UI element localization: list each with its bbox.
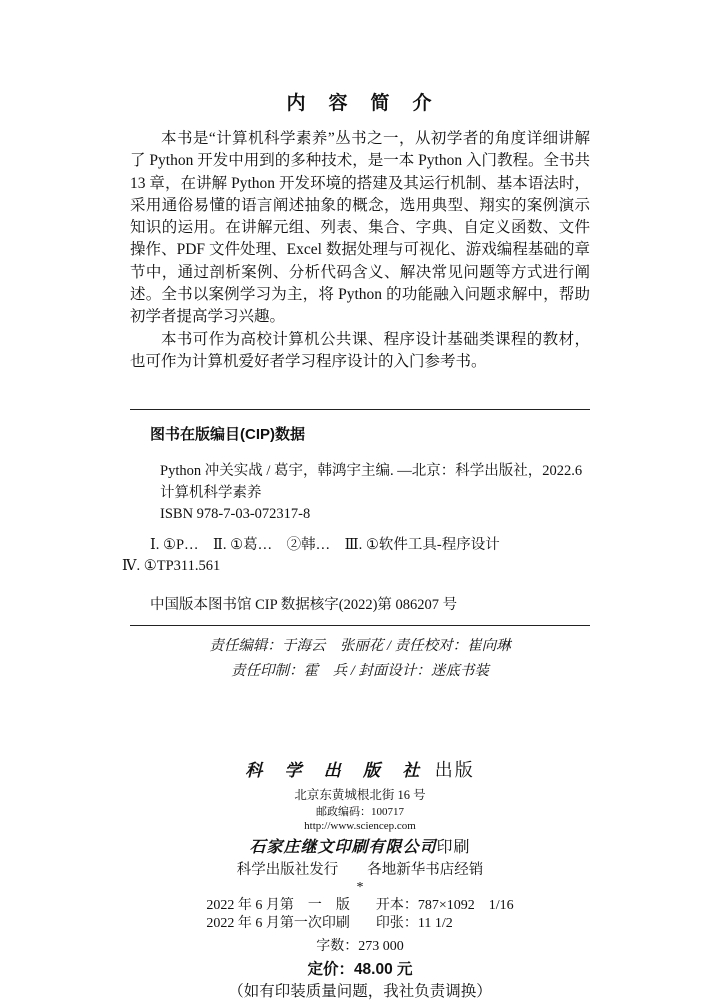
separator-asterisk: * — [130, 881, 590, 894]
cip-title-line: Python 冲关实战 / 葛宇，韩鸿宇主编. —北京：科学出版社，2022.6 — [160, 461, 590, 483]
publisher-logo-text: 科 学 出 版 社 — [245, 761, 428, 780]
colophon: 科 学 出 版 社 出版 北京东黄城根北街 16 号 邮政编码：100717 h… — [130, 758, 590, 1000]
staff-line-printing-design: 责任印制：霍 兵 / 封面设计：迷底书装 — [130, 659, 590, 684]
publisher-line: 科 学 出 版 社 出版 — [130, 758, 590, 784]
edition-info: 2022 年 6 月第 一 版 开本：787×1092 1/16 2022 年 … — [206, 897, 513, 934]
printer-line: 石家庄继文印刷有限公司印刷 — [130, 837, 590, 859]
staff-credits: 责任编辑：于海云 张丽花 / 责任校对：崔向琳 责任印制：霍 兵 / 封面设计：… — [130, 634, 590, 684]
edition-row1-right: 开本：787×1092 1/16 — [376, 897, 514, 916]
cip-heading: 图书在版编目(CIP)数据 — [130, 423, 590, 444]
book-copyright-page: 内 容 简 介 本书是“计算机科学素养”丛书之一，从初学者的角度详细讲解了 Py… — [0, 0, 720, 1000]
cip-record-line: 中国版本图书馆 CIP 数据核字(2022)第 086207 号 — [130, 593, 590, 614]
content-intro-title: 内 容 简 介 — [130, 88, 590, 115]
distribution-line: 科学出版社发行 各地新华书店经销 — [130, 860, 590, 881]
postcode-line: 邮政编码：100717 — [130, 805, 590, 820]
cip-class-line-2: Ⅳ. ①TP311.561 — [122, 556, 590, 578]
publisher-address: 北京东黄城根北街 16 号 — [130, 786, 590, 805]
intro-paragraph-1: 本书是“计算机科学素养”丛书之一，从初学者的角度详细讲解了 Python 开发中… — [130, 128, 590, 329]
cip-isbn-line: ISBN 978-7-03-072317-8 — [160, 504, 590, 526]
edition-row2-right: 印张：11 1/2 — [376, 915, 514, 934]
edition-row2-left: 2022 年 6 月第一次印刷 — [206, 915, 350, 934]
cip-top-rule — [130, 409, 590, 410]
cip-bottom-rule — [130, 625, 590, 626]
cip-body: Python 冲关实战 / 葛宇，韩鸿宇主编. —北京：科学出版社，2022.6… — [130, 461, 590, 526]
publisher-suffix: 出版 — [428, 760, 475, 780]
intro-paragraph-2: 本书可作为高校计算机公共课、程序设计基础类课程的教材，也可作为计算机爱好者学习程… — [130, 329, 590, 374]
price-line: 定价：48.00 元 — [130, 959, 590, 981]
word-count-line: 字数：273 000 — [130, 937, 590, 957]
quality-note-line: （如有印装质量问题，我社负责调换） — [130, 981, 590, 1000]
cip-classification: Ⅰ. ①P… Ⅱ. ①葛… ②韩… Ⅲ. ①软件工具-程序设计 Ⅳ. ①TP31… — [130, 535, 590, 578]
cip-class-line-1: Ⅰ. ①P… Ⅱ. ①葛… ②韩… Ⅲ. ①软件工具-程序设计 — [130, 535, 590, 557]
cip-series-line: 计算机科学素养 — [160, 483, 590, 505]
edition-row1-left: 2022 年 6 月第 一 版 — [206, 897, 350, 916]
staff-line-editors: 责任编辑：于海云 张丽花 / 责任校对：崔向琳 — [130, 634, 590, 659]
printer-name-text: 石家庄继文印刷有限公司 — [249, 839, 436, 856]
printer-suffix: 印刷 — [437, 839, 471, 856]
publisher-website: http://www.sciencep.com — [130, 819, 590, 834]
